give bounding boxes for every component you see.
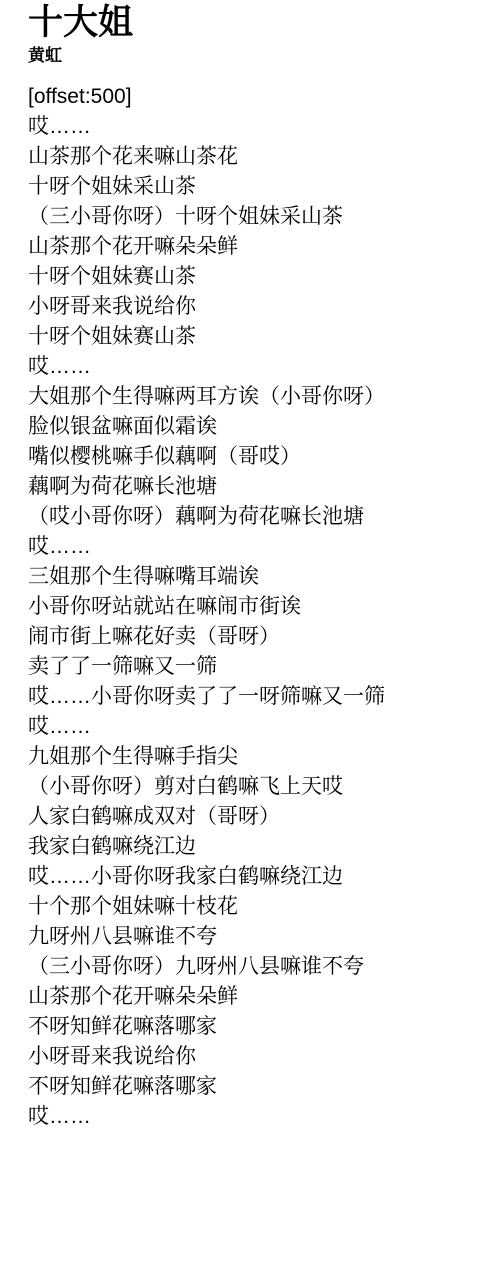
lyric-line: 小呀哥来我说给你 <box>28 1042 480 1072</box>
lyric-line: 哎……小哥你呀卖了了一呀筛嘛又一筛 <box>28 682 480 712</box>
lyric-line: 山茶那个花开嘛朵朵鲜 <box>28 232 480 262</box>
lrc-offset-tag: [offset:500] <box>28 82 480 112</box>
lyric-line: 不呀知鲜花嘛落哪家 <box>28 1072 480 1102</box>
lyric-line: 哎……小哥你呀我家白鹤嘛绕江边 <box>28 862 480 892</box>
lyric-line: （哎小哥你呀）藕啊为荷花嘛长池塘 <box>28 502 480 532</box>
lyric-line: 哎…… <box>28 352 480 382</box>
lyric-line: 十呀个姐妹赛山茶 <box>28 262 480 292</box>
lyric-line: 哎…… <box>28 712 480 742</box>
lyric-line: 闹市街上嘛花好卖（哥呀） <box>28 622 480 652</box>
song-title: 十大姐 <box>28 2 480 44</box>
lyric-line: 不呀知鲜花嘛落哪家 <box>28 1012 480 1042</box>
lyric-line: 哎…… <box>28 1102 480 1132</box>
lyric-line: 嘴似樱桃嘛手似藕啊（哥哎） <box>28 442 480 472</box>
lyric-line: （三小哥你呀）九呀州八县嘛谁不夸 <box>28 952 480 982</box>
lyric-line: （小哥你呀）剪对白鹤嘛飞上天哎 <box>28 772 480 802</box>
lyric-line: 三姐那个生得嘛嘴耳端诶 <box>28 562 480 592</box>
lyric-line: 九呀州八县嘛谁不夸 <box>28 922 480 952</box>
lyric-line: 哎…… <box>28 532 480 562</box>
lyric-line: 人家白鹤嘛成双对（哥呀） <box>28 802 480 832</box>
lyric-line: 卖了了一筛嘛又一筛 <box>28 652 480 682</box>
lyric-line: 哎…… <box>28 112 480 142</box>
lyric-line: 大姐那个生得嘛两耳方诶（小哥你呀） <box>28 382 480 412</box>
lyric-line: 十呀个姐妹赛山茶 <box>28 322 480 352</box>
lyrics-block: 哎……山茶那个花来嘛山茶花十呀个姐妹采山茶（三小哥你呀）十呀个姐妹采山茶山茶那个… <box>28 112 480 1132</box>
lyric-line: （三小哥你呀）十呀个姐妹采山茶 <box>28 202 480 232</box>
lyric-line: 山茶那个花开嘛朵朵鲜 <box>28 982 480 1012</box>
lyric-line: 小哥你呀站就站在嘛闹市街诶 <box>28 592 480 622</box>
lyric-line: 九姐那个生得嘛手指尖 <box>28 742 480 772</box>
artist-name: 黄虹 <box>28 44 480 68</box>
lyric-line: 小呀哥来我说给你 <box>28 292 480 322</box>
lyric-line: 脸似银盆嘛面似霜诶 <box>28 412 480 442</box>
lyric-line: 十呀个姐妹采山茶 <box>28 172 480 202</box>
lyric-line: 我家白鹤嘛绕江边 <box>28 832 480 862</box>
lyric-line: 山茶那个花来嘛山茶花 <box>28 142 480 172</box>
lyrics-page: 十大姐 黄虹 [offset:500] 哎……山茶那个花来嘛山茶花十呀个姐妹采山… <box>0 0 500 1132</box>
lyric-line: 十个那个姐妹嘛十枝花 <box>28 892 480 922</box>
lyric-line: 藕啊为荷花嘛长池塘 <box>28 472 480 502</box>
